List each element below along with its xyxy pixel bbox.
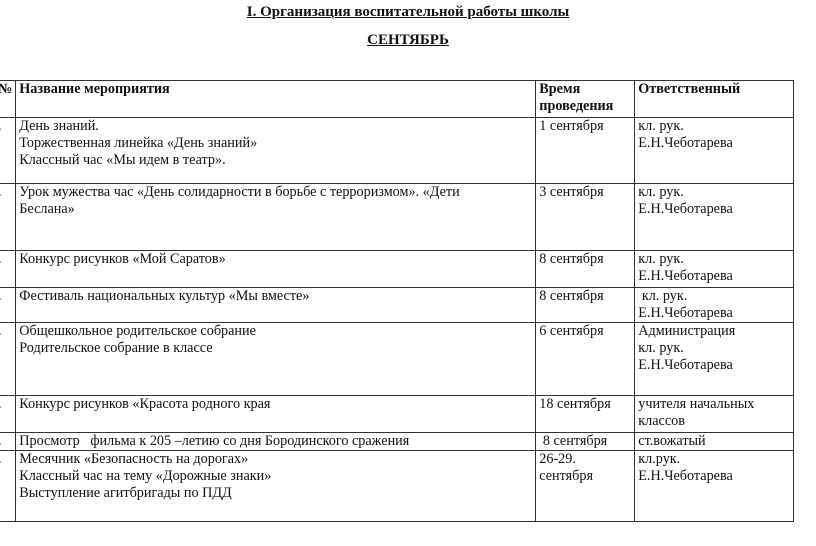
row-number: . [0, 118, 16, 184]
event-time-line: сентября [539, 468, 631, 485]
row-number: . [0, 288, 16, 323]
responsible-cell: Администрациякл. рук.Е.Н.Чеботарева [635, 323, 794, 396]
responsible-line: Администрация [638, 323, 790, 340]
event-name-line: Фестиваль национальных культур «Мы вмест… [19, 288, 532, 305]
row-number: . [0, 323, 16, 396]
event-time-line: 3 сентября [539, 184, 631, 201]
event-time-cell: 8 сентября [536, 433, 635, 451]
responsible-line: Е.Н.Чеботарева [638, 357, 790, 374]
event-name-cell: Конкурс рисунков «Красота родного края [16, 396, 536, 433]
row-number: . [0, 396, 16, 433]
responsible-line: кл. рук. [638, 118, 790, 135]
table-row: .Фестиваль национальных культур «Мы вмес… [0, 288, 794, 323]
event-time-line: 18 сентября [539, 396, 631, 413]
table-row: .Месячник «Безопасность на дорогах»Класс… [0, 451, 794, 522]
event-name-line: Беслана» [19, 201, 532, 218]
table-row: .Просмотр фильма к 205 –летию со дня Бор… [0, 433, 794, 451]
event-time-cell: 1 сентября [536, 118, 635, 184]
responsible-cell: кл. рук.Е.Н.Чеботарева [635, 184, 794, 251]
event-name-cell: Общешкольное родительское собраниеРодите… [16, 323, 536, 396]
row-number: . [0, 184, 16, 251]
table-body: .День знаний.Торжественная линейка «День… [0, 118, 794, 522]
event-name-line: Классный час на тему «Дорожные знаки» [19, 468, 532, 485]
row-number: . [0, 451, 16, 522]
header-time-line2: проведения [539, 98, 631, 115]
responsible-line: кл. рук. [638, 184, 790, 201]
event-name-line: Конкурс рисунков «Красота родного края [19, 396, 532, 413]
responsible-line: кл. рук. [638, 340, 790, 357]
responsible-cell: кл. рук.Е.Н.Чеботарева [635, 288, 794, 323]
header-time-line1: Время [539, 81, 631, 98]
event-time-line: 6 сентября [539, 323, 631, 340]
event-name-line: Месячник «Безопасность на дорогах» [19, 451, 532, 468]
header-event-name: Название мероприятия [16, 81, 536, 118]
event-name-line: Урок мужества час «День солидарности в б… [19, 184, 532, 201]
responsible-line: Е.Н.Чеботарева [638, 305, 790, 322]
table-row: .Урок мужества час «День солидарности в … [0, 184, 794, 251]
table-header-row: № Название мероприятия Время проведения … [0, 81, 794, 118]
event-time-cell: 6 сентября [536, 323, 635, 396]
row-number: . [0, 433, 16, 451]
event-name-cell: Месячник «Безопасность на дорогах»Классн… [16, 451, 536, 522]
event-time-line: 8 сентября [539, 251, 631, 268]
responsible-line: учителя начальных [638, 396, 790, 413]
event-name-cell: Конкурс рисунков «Мой Саратов» [16, 251, 536, 288]
responsible-line: классов [638, 413, 790, 430]
header-responsible: Ответственный [635, 81, 794, 118]
responsible-line: Е.Н.Чеботарева [638, 268, 790, 285]
responsible-line: Е.Н.Чеботарева [638, 201, 790, 218]
event-time-cell: 18 сентября [536, 396, 635, 433]
responsible-line: кл. рук. [638, 288, 790, 305]
event-time-cell: 8 сентября [536, 251, 635, 288]
responsible-line: Е.Н.Чеботарева [638, 468, 790, 485]
event-time-line: 26-29. [539, 451, 631, 468]
event-time-line: 8 сентября [539, 433, 631, 450]
event-time-line: 8 сентября [539, 288, 631, 305]
responsible-cell: ст.вожатый [635, 433, 794, 451]
responsible-cell: кл. рук.Е.Н.Чеботарева [635, 251, 794, 288]
section-title: I. Организация воспитательной работы шко… [0, 3, 816, 21]
event-name-line: Родительское собрание в классе [19, 340, 532, 357]
responsible-line: кл. рук. [638, 251, 790, 268]
event-time-cell: 8 сентября [536, 288, 635, 323]
month-title: СЕНТЯБРЬ [0, 31, 816, 49]
event-name-line: Конкурс рисунков «Мой Саратов» [19, 251, 532, 268]
event-time-cell: 26-29.сентября [536, 451, 635, 522]
responsible-cell: кл. рук.Е.Н.Чеботарева [635, 118, 794, 184]
event-name-line: Просмотр фильма к 205 –летию со дня Боро… [19, 433, 532, 450]
event-name-line: Общешкольное родительское собрание [19, 323, 532, 340]
responsible-cell: учителя начальныхклассов [635, 396, 794, 433]
event-name-cell: Просмотр фильма к 205 –летию со дня Боро… [16, 433, 536, 451]
event-name-cell: Урок мужества час «День солидарности в б… [16, 184, 536, 251]
events-table: № Название мероприятия Время проведения … [0, 80, 794, 522]
responsible-line: Е.Н.Чеботарева [638, 135, 790, 152]
responsible-line: ст.вожатый [638, 433, 790, 450]
table-row: .День знаний.Торжественная линейка «День… [0, 118, 794, 184]
event-name-line: День знаний. [19, 118, 532, 135]
event-time-cell: 3 сентября [536, 184, 635, 251]
event-time-line: 1 сентября [539, 118, 631, 135]
header-number: № [0, 81, 16, 118]
event-name-line: Классный час «Мы идем в театр». [19, 152, 532, 169]
table-row: .Конкурс рисунков «Красота родного края1… [0, 396, 794, 433]
event-name-line: Выступление агитбригады по ПДД [19, 485, 532, 502]
event-name-line: Торжественная линейка «День знаний» [19, 135, 532, 152]
event-name-cell: День знаний.Торжественная линейка «День … [16, 118, 536, 184]
header-time: Время проведения [536, 81, 635, 118]
table-row: .Конкурс рисунков «Мой Саратов»8 сентябр… [0, 251, 794, 288]
responsible-cell: кл.рук.Е.Н.Чеботарева [635, 451, 794, 522]
responsible-line: кл.рук. [638, 451, 790, 468]
row-number: . [0, 251, 16, 288]
table-row: .Общешкольное родительское собраниеРодит… [0, 323, 794, 396]
event-name-cell: Фестиваль национальных культур «Мы вмест… [16, 288, 536, 323]
